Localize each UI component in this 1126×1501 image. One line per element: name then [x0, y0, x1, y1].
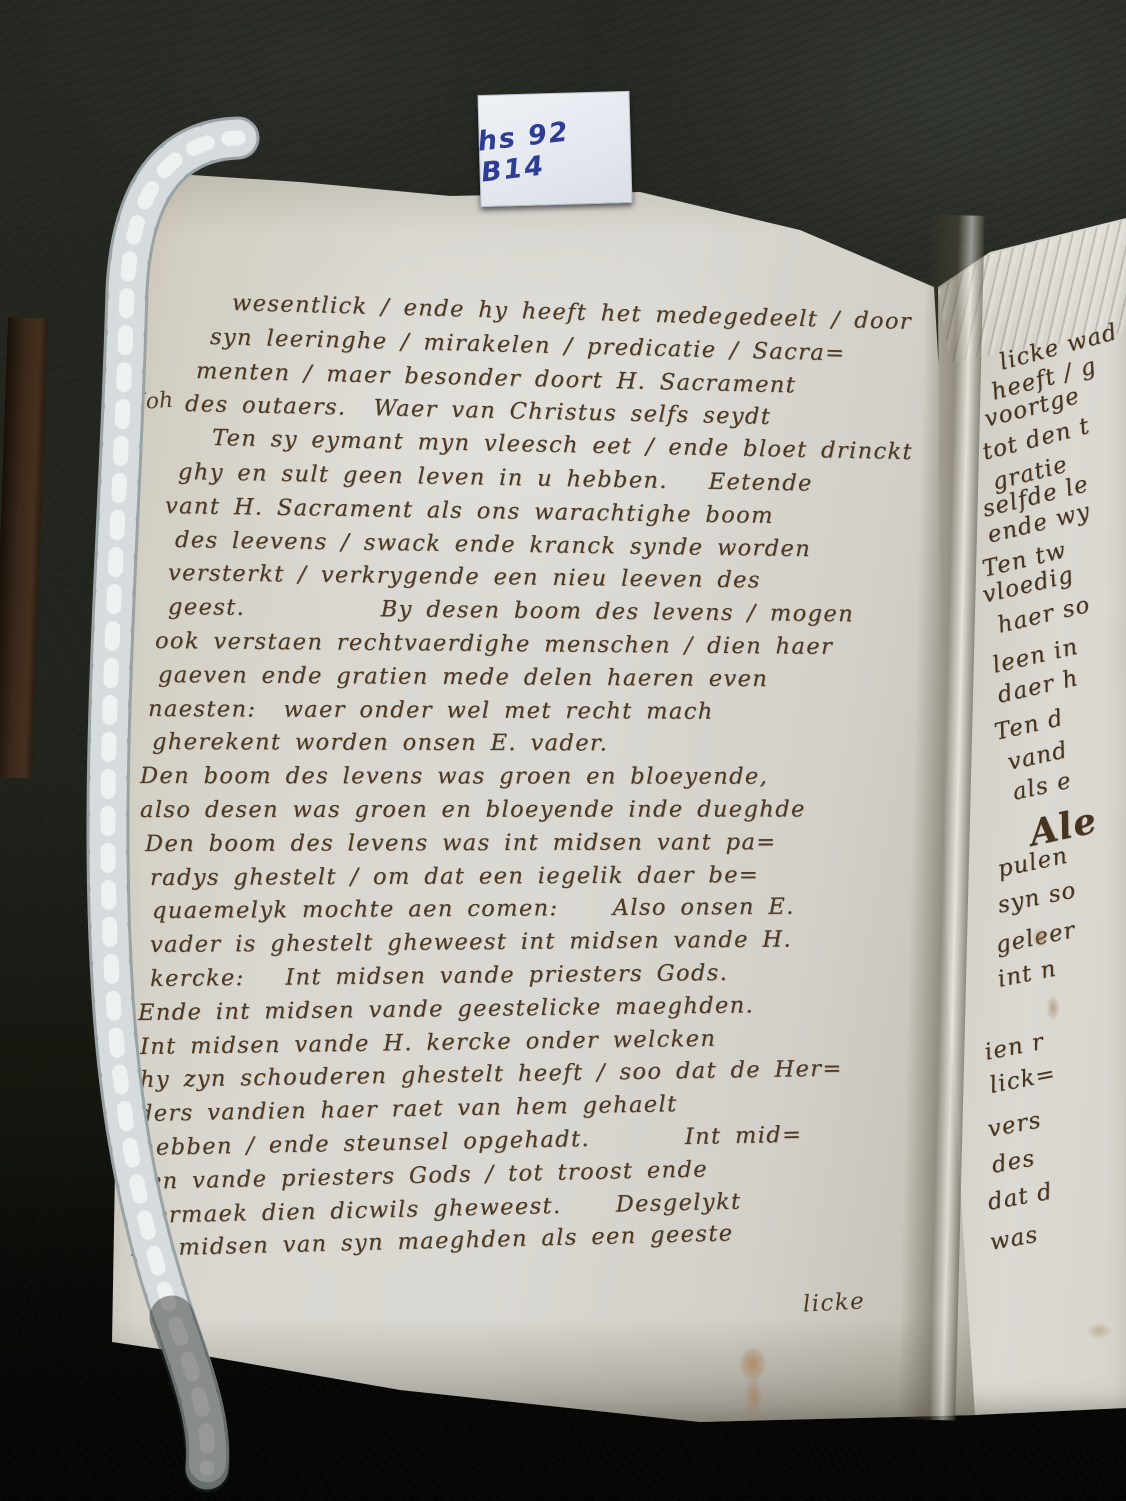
foxing-spot [1086, 1322, 1112, 1340]
manuscript-line: Den boom des levens was groen en bloeyen… [140, 765, 768, 788]
manuscript-line: quaemelyk mochte aen comen: Also onsen E… [152, 896, 795, 923]
catchword: licke [802, 1288, 865, 1317]
foxing-spot [1032, 928, 1048, 948]
shelfmark-text: hs 92 B14 [476, 109, 634, 188]
leather-cover-edge [0, 317, 48, 778]
manuscript-line: vader is ghestelt gheweest int midsen va… [150, 929, 792, 957]
manuscript-line: Den boom des levens was int midsen vant … [145, 831, 777, 855]
manuscript-line: naesten: waer onder wel met recht mach [148, 698, 714, 723]
margin-note: Joh [136, 388, 174, 415]
photograph-of-manuscript: { "label": { "text": "hs 92 B14" }, "mar… [0, 0, 1126, 1501]
foxing-spot [1046, 995, 1060, 1021]
manuscript-line: gherekent worden onsen E. vader. [152, 731, 608, 755]
ink-stain [733, 1348, 773, 1420]
manuscript-line: gaeven ende gratien mede delen haeren ev… [158, 664, 768, 691]
page-bottom-shading [108, 1317, 980, 1437]
shelfmark-label: hs 92 B14 [477, 91, 632, 207]
manuscript-line: ook verstaen rechtvaerdighe menschen / d… [155, 630, 833, 658]
manuscript-line: kercke: Int midsen vande priesters Gods. [150, 962, 728, 991]
manuscript-line: also desen was groen en bloeyende inde d… [140, 798, 806, 821]
manuscript-line: radys ghestelt / om dat een iegelik daer… [150, 864, 759, 889]
